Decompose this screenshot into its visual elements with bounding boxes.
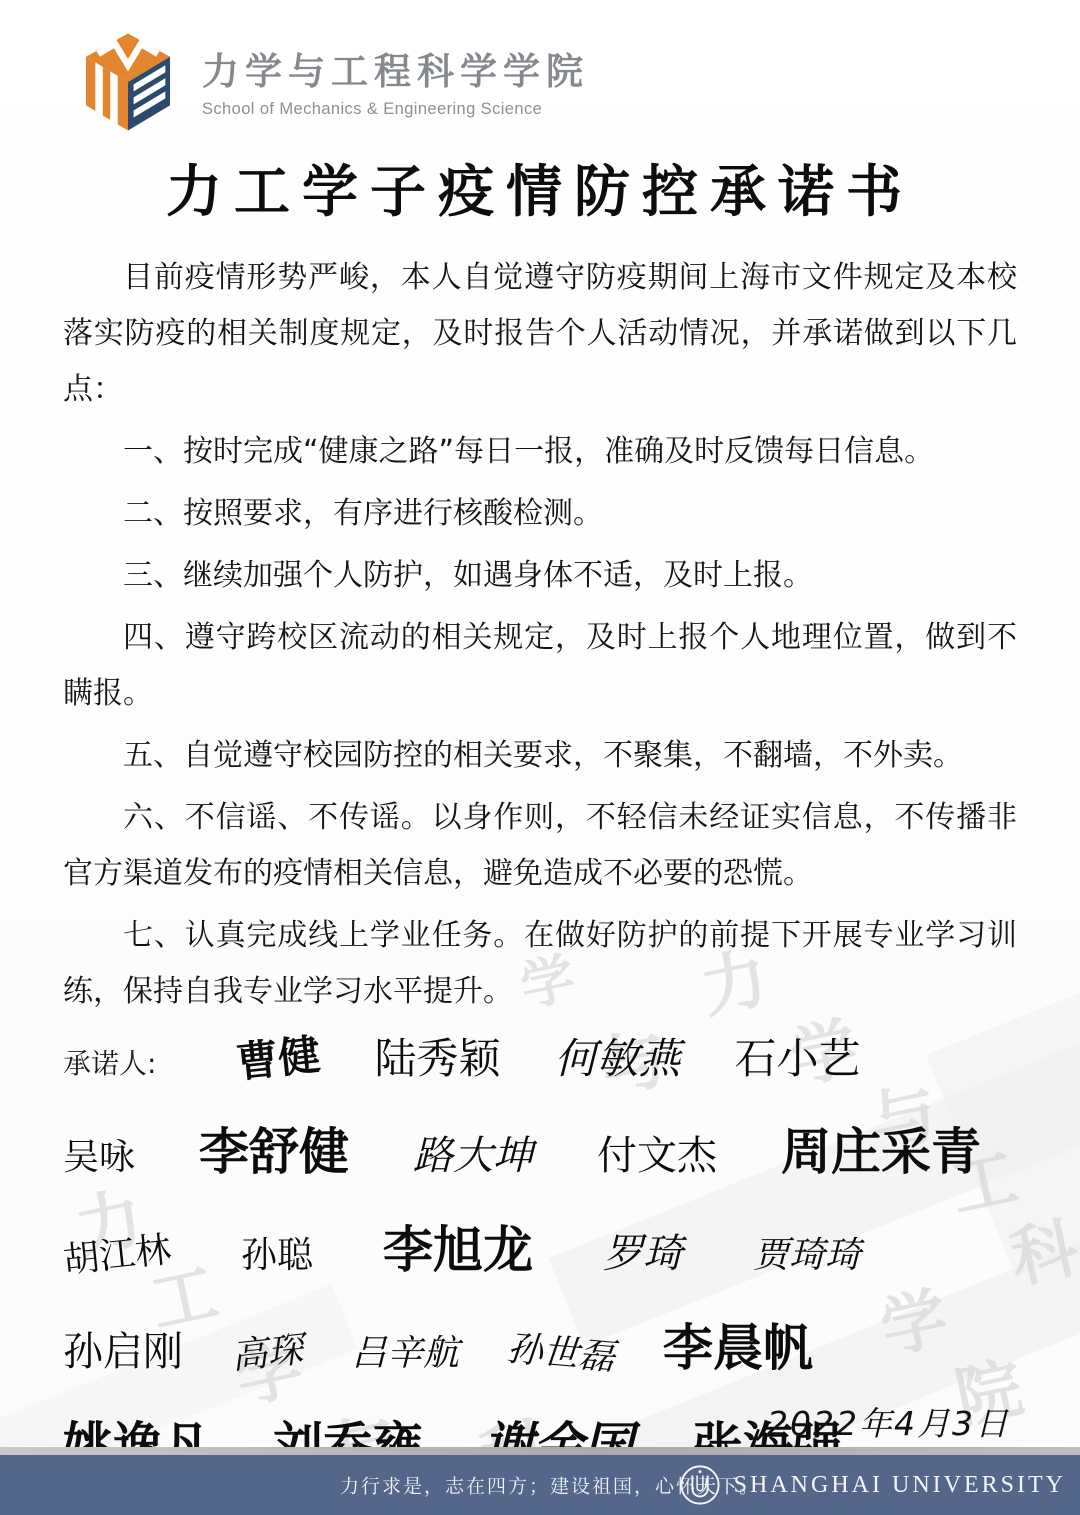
mechanics-school-logo-icon [72, 26, 184, 138]
commitment-item-4: 四、遵守跨校区流动的相关规定，及时上报个人地理位置，做到不瞒报。 [63, 610, 1017, 722]
signature: 李晨帆 [663, 1308, 813, 1380]
header: 力学与工程科学学院 School of Mechanics & Engineer… [72, 26, 589, 138]
intro-paragraph: 目前疫情形势严峻，本人自觉遵守防疫期间上海市文件规定及本校落实防疫的相关制度规定… [63, 250, 1017, 418]
signature-row: 承诺人: 曹健 陆秀颖 何敏燕 石小艺 [63, 1026, 1025, 1086]
signature: 付文杰 [597, 1124, 717, 1181]
document-title: 力工学子疫情防控承诺书 [0, 148, 1080, 228]
commitment-item-2: 二、按照要求，有序进行核酸检测。 [63, 486, 1017, 542]
signature: 孙启刚 [63, 1320, 183, 1377]
signature: 高琛 [229, 1321, 306, 1379]
signature: 路大坤 [413, 1124, 533, 1181]
commitment-item-1: 一、按时完成“健康之路”每日一报，准确及时反馈每日信息。 [63, 424, 1017, 480]
signature: 贾琦琦 [753, 1227, 861, 1278]
college-name-en: School of Mechanics & Engineering Scienc… [202, 100, 589, 119]
signature: 罗琦 [603, 1222, 683, 1279]
document-body: 目前疫情形势严峻，本人自觉遵守防疫期间上海市文件规定及本校落实防疫的相关制度规定… [63, 250, 1017, 1026]
signature-row: 孙启刚 高琛 吕辛航 孙世磊 李晨帆 [63, 1308, 1025, 1380]
signature: 李舒健 [199, 1112, 349, 1184]
signer-label: 承诺人: [63, 1042, 156, 1082]
commitment-item-3: 三、继续加强个人防护，如遇身体不适，及时上报。 [63, 548, 1017, 604]
signature-date: 2022年4月3日 [767, 1398, 1010, 1445]
signature: 孙聪 [241, 1227, 313, 1278]
document-page: 力 学 与 工 科 力 工 学 与 科 学 院 与 学 [0, 0, 1080, 1515]
footer-divider [0, 1447, 1080, 1455]
signature: 吕辛航 [351, 1325, 459, 1376]
signature: 曹健 [234, 1022, 324, 1090]
footer-bar: 力行求是，志在四方；建设祖国，心怀天下。 SHANGHAI UNIVERSITY [0, 1455, 1080, 1515]
signature: 周庄采青 [781, 1112, 981, 1184]
university-brand: SHANGHAI UNIVERSITY [679, 1464, 1066, 1506]
commitment-item-7: 七、认真完成线上学业任务。在做好防护的前提下开展专业学习训练，保持自我专业学习水… [63, 908, 1017, 1020]
signature-row: 胡江林 孙聪 李旭龙 罗琦 贾琦琦 [63, 1210, 1025, 1282]
logo-text: 力学与工程科学学院 School of Mechanics & Engineer… [202, 45, 589, 119]
signature: 孙世磊 [505, 1320, 617, 1380]
shanghai-university-emblem-icon [679, 1464, 721, 1506]
commitment-item-6: 六、不信谣、不传谣。以身作则，不轻信未经证实信息，不传播非官方渠道发布的疫情相关… [63, 790, 1017, 902]
signature: 何敏燕 [554, 1026, 680, 1086]
signature: 石小艺 [734, 1026, 860, 1086]
signature: 吴咏 [63, 1129, 135, 1180]
commitment-item-5: 五、自觉遵守校园防控的相关要求，不聚集，不翻墙，不外卖。 [63, 728, 1017, 784]
signature-row: 吴咏 李舒健 路大坤 付文杰 周庄采青 [63, 1112, 1025, 1184]
signature: 陆秀颖 [374, 1026, 500, 1086]
signature: 李旭龙 [383, 1210, 533, 1282]
signature: 胡江林 [61, 1221, 174, 1283]
university-name: SHANGHAI UNIVERSITY [734, 1472, 1066, 1499]
college-name-cn: 力学与工程科学学院 [202, 51, 589, 94]
